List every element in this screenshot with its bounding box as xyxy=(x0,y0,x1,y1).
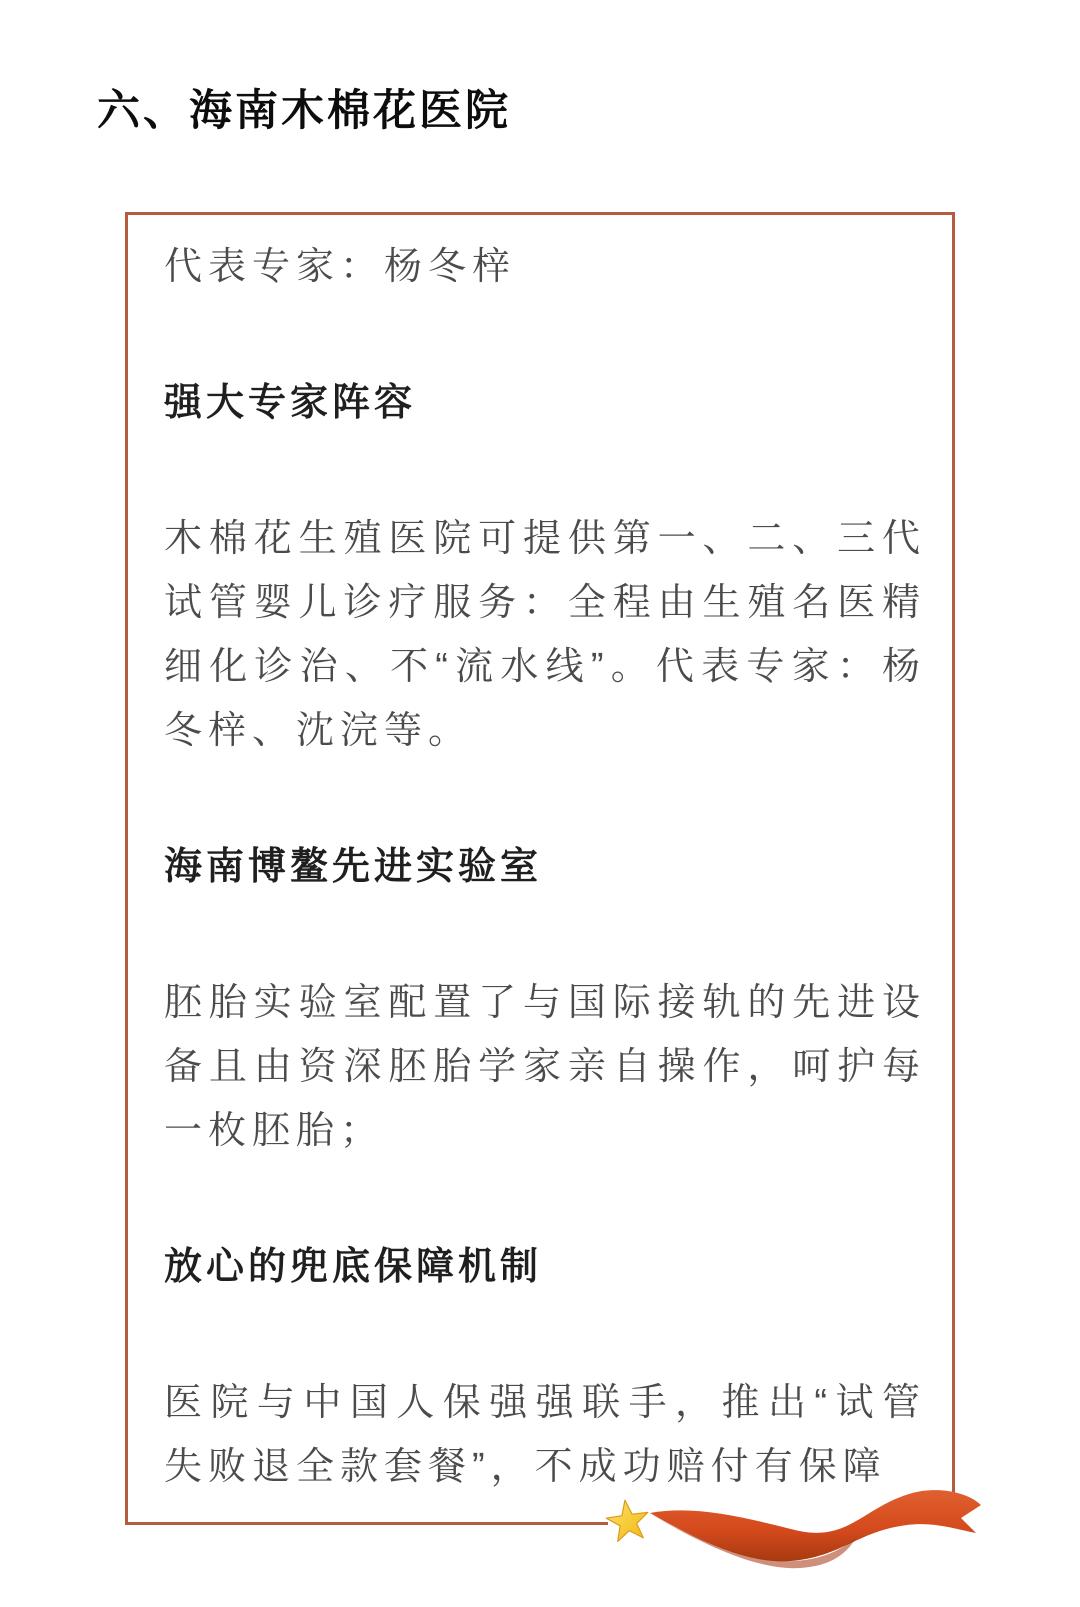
card-content: 代表专家：杨冬梓 强大专家阵容 木棉花生殖医院可提供第一、二、三代试管婴儿诊疗服… xyxy=(128,215,952,1499)
card-border-right xyxy=(952,212,955,1506)
wavy-ribbon-graphic xyxy=(595,1478,995,1578)
article-page: 六、海南木棉花医院 代表专家：杨冬梓 强大专家阵容 木棉花生殖医院可提供第一、二… xyxy=(0,0,1080,1607)
page-title: 六、海南木棉花医院 xyxy=(97,88,511,135)
section-heading-guarantee: 放心的兜底保障机制 xyxy=(164,1235,926,1299)
section-heading-experts: 强大专家阵容 xyxy=(164,371,926,435)
section-heading-lab: 海南博鳌先进实验室 xyxy=(164,835,926,899)
section-paragraph-experts: 木棉花生殖医院可提供第一、二、三代试管婴儿诊疗服务：全程由生殖名医精细化诊治、不… xyxy=(164,507,926,763)
ribbon-band xyxy=(650,1490,981,1561)
expert-line: 代表专家：杨冬梓 xyxy=(164,235,926,299)
star-icon xyxy=(606,1500,648,1541)
content-card: 代表专家：杨冬梓 强大专家阵容 木棉花生殖医院可提供第一、二、三代试管婴儿诊疗服… xyxy=(125,212,955,1525)
card-border-bottom xyxy=(125,1522,608,1525)
section-paragraph-lab: 胚胎实验室配置了与国际接轨的先进设备且由资深胚胎学家亲自操作，呵护每一枚胚胎； xyxy=(164,971,926,1163)
ribbon-decoration xyxy=(595,1478,995,1578)
